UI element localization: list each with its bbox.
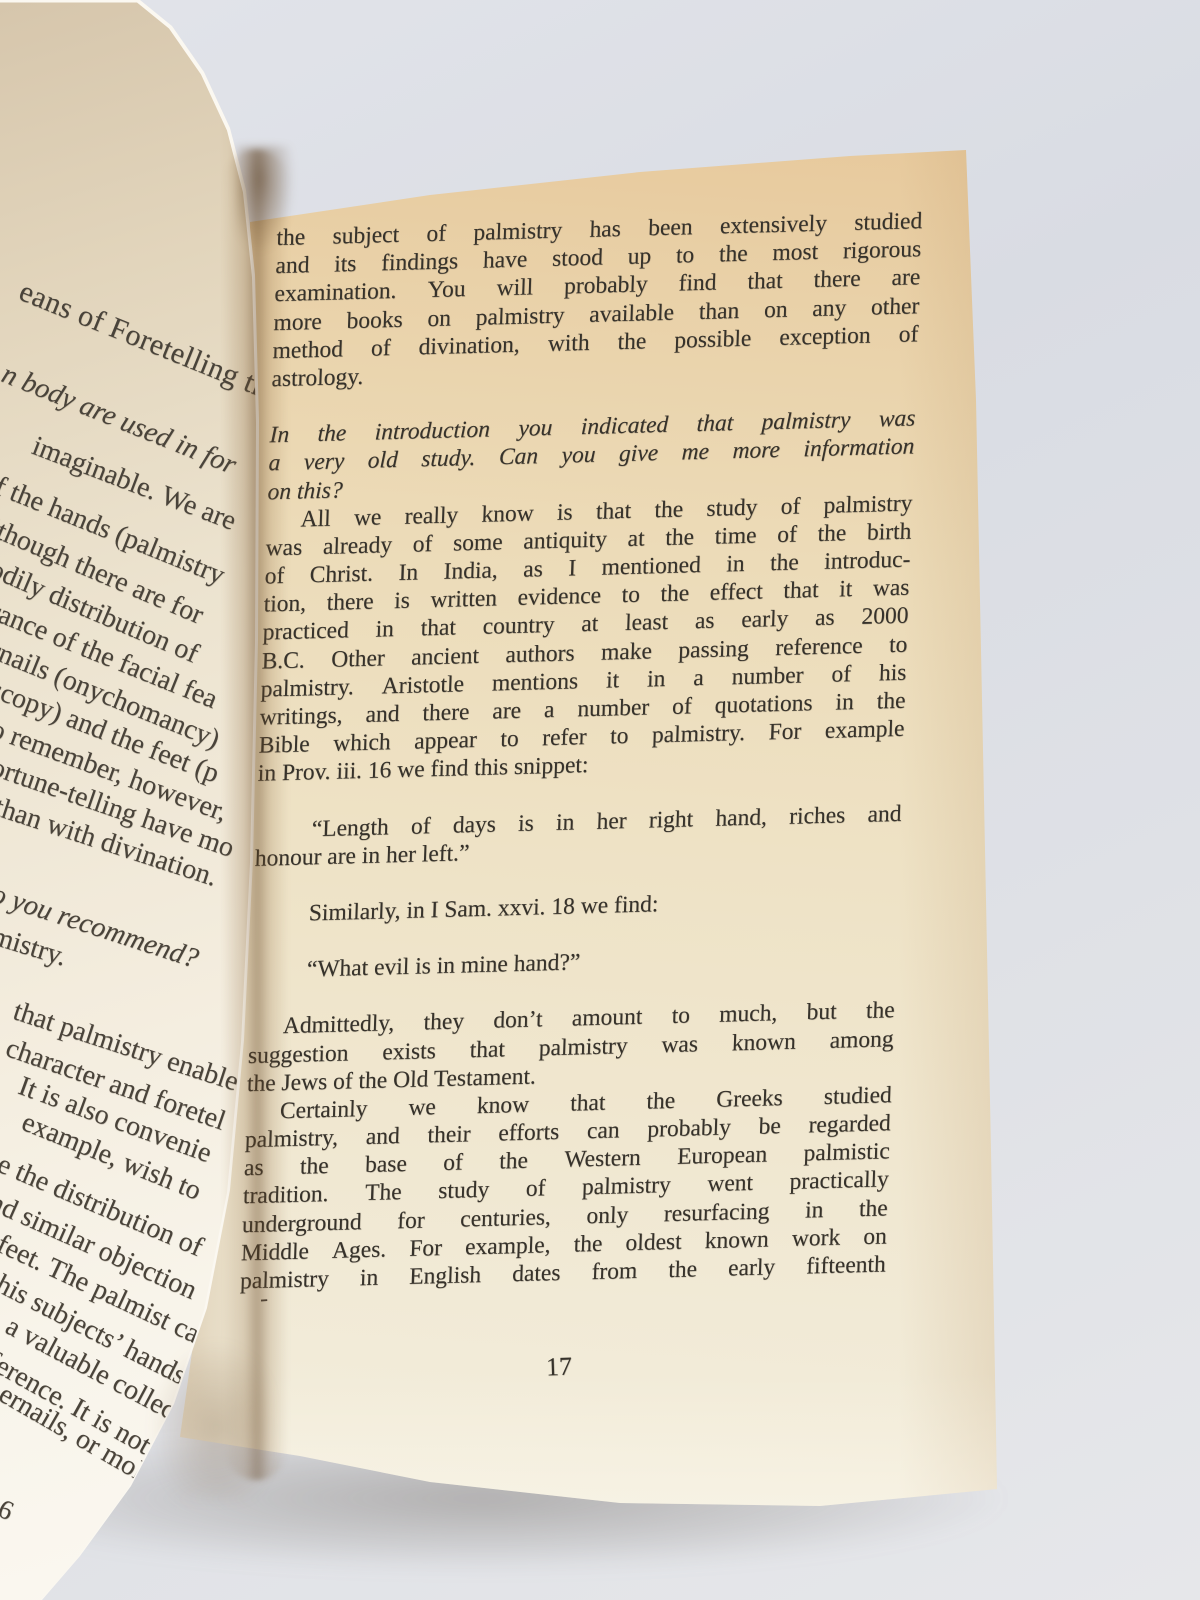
right-page-text: thesubjectofpalmistryhasbeenextensivelys… bbox=[240, 207, 923, 1295]
book-photo: thesubjectofpalmistryhasbeenextensivelys… bbox=[0, 0, 1200, 1600]
paragraph: CertainlyweknowthattheGreeksstudiedpalmi… bbox=[240, 1081, 893, 1295]
paragraph: Allwereallyknowisthatthestudyofpalmistry… bbox=[257, 489, 913, 788]
paragraph: thesubjectofpalmistryhasbeenextensivelys… bbox=[271, 207, 923, 393]
paragraph: “Lengthofdaysisinherrighthand,richesandh… bbox=[254, 799, 902, 872]
right-page: thesubjectofpalmistryhasbeenextensivelys… bbox=[150, 140, 1020, 1540]
right-page-number: 17 bbox=[545, 1352, 572, 1383]
photo-background: { "colors": { "background": "#d9dce3", "… bbox=[0, 0, 1200, 1600]
text-line: Similarly, in I Sam. xxvi. 18 we find: bbox=[252, 884, 899, 929]
paragraph: Similarly, in I Sam. xxvi. 18 we find: bbox=[252, 884, 899, 929]
pen-mark bbox=[331, 162, 339, 183]
paragraph: “What evil is in mine hand?” bbox=[250, 940, 897, 985]
left-page-number: 6 bbox=[0, 1493, 18, 1527]
text-line: “What evil is in mine hand?” bbox=[250, 940, 897, 985]
